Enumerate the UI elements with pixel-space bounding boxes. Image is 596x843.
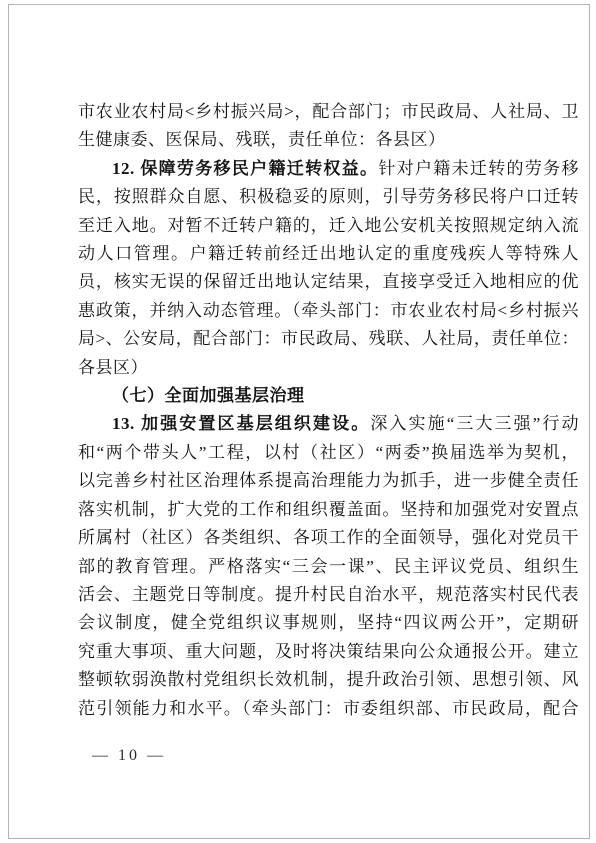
text-line: 部的教育管理。严格落实“三会一课”、民主评议党员、组织生 <box>78 553 579 581</box>
text-line: 整顿软弱涣散村党组织长效机制，提升政治引领、思想引领、风 <box>78 666 579 694</box>
text-line: 所属村（社区）各类组织、各项工作的全面领导，强化对党员干 <box>78 524 579 552</box>
body-text: 部的教育管理。严格落实“三会一课”、民主评议党员、组织生 <box>78 557 579 576</box>
bold-text: 12. 保障劳务移民户籍迁转权益。 <box>112 159 378 178</box>
body-text: 至迁入地。对暂不迁转户籍的，迁入地公安机关按照规定纳入流 <box>78 216 579 235</box>
text-line: 生健康委、医保局、残联，责任单位：各县区） <box>78 126 579 154</box>
text-line: 和“两个带头人”工程，以村（社区）“两委”换届选举为契机， <box>78 439 579 467</box>
document-body: 市农业农村局<乡村振兴局>，配合部门；市民政局、人社局、卫生健康委、医保局、残联… <box>78 98 579 723</box>
body-text: 局>、公安局，配合部门：市民政局、残联、人社局，责任单位： <box>78 329 579 348</box>
body-text: 惠政策，并纳入动态管理。（牵头部门：市农业农村局<乡村振兴 <box>78 301 579 320</box>
text-line: 局>、公安局，配合部门：市民政局、残联、人社局，责任单位： <box>78 325 579 353</box>
page-number: — 10 — <box>92 747 166 765</box>
body-text: 以完善乡村社区治理体系提高治理能力为抓手，进一步健全责任 <box>78 471 579 490</box>
text-line: 12. 保障劳务移民户籍迁转权益。针对户籍未迁转的劳务移 <box>78 155 579 183</box>
text-line: 活会、主题党日等制度。提升村民自治水平，规范落实村民代表 <box>78 581 579 609</box>
text-line: 市农业农村局<乡村振兴局>，配合部门；市民政局、人社局、卫 <box>78 98 579 126</box>
body-text: 活会、主题党日等制度。提升村民自治水平，规范落实村民代表 <box>78 585 579 604</box>
text-line: 惠政策，并纳入动态管理。（牵头部门：市农业农村局<乡村振兴 <box>78 297 579 325</box>
body-text: 整顿软弱涣散村党组织长效机制，提升政治引领、思想引领、风 <box>78 670 579 689</box>
document-page: 市农业农村局<乡村振兴局>，配合部门；市民政局、人社局、卫生健康委、医保局、残联… <box>8 4 590 839</box>
text-line: 以完善乡村社区治理体系提高治理能力为抓手，进一步健全责任 <box>78 467 579 495</box>
text-line: 落实机制，扩大党的工作和组织覆盖面。坚持和加强党对安置点 <box>78 496 579 524</box>
text-line: 至迁入地。对暂不迁转户籍的，迁入地公安机关按照规定纳入流 <box>78 212 579 240</box>
body-text: 各县区） <box>78 358 148 377</box>
body-text: 深入实施“三大三强”行动 <box>370 414 579 433</box>
body-text: 针对户籍未迁转的劳务移 <box>378 159 579 178</box>
text-line: 民，按照群众自愿、积极稳妥的原则，引导劳务移民将户口迁转 <box>78 183 579 211</box>
body-text: 民，按照群众自愿、积极稳妥的原则，引导劳务移民将户口迁转 <box>78 187 579 206</box>
body-text: 动人口管理。户籍迁转前经迁出地认定的重度残疾人等特殊人 <box>78 244 579 263</box>
body-text: 市农业农村局<乡村振兴局>，配合部门；市民政局、人社局、卫 <box>78 102 579 121</box>
bold-text: 13. 加强安置区基层组织建设。 <box>112 414 370 433</box>
body-text: 生健康委、医保局、残联，责任单位：各县区） <box>78 130 446 149</box>
bold-text: （七）全面加强基层治理 <box>112 386 305 405</box>
body-text: 会议制度，健全党组织议事规则，坚持“四议两公开”，定期研 <box>78 613 579 632</box>
text-line: 各县区） <box>78 354 579 382</box>
text-line: 究重大事项、重大问题，及时将决策结果向公众通报公开。建立 <box>78 638 579 666</box>
body-text: 所属村（社区）各类组织、各项工作的全面领导，强化对党员干 <box>78 528 579 547</box>
body-text: 员，核实无误的保留迁出地认定结果，直接享受迁入地相应的优 <box>78 272 579 291</box>
text-line: 员，核实无误的保留迁出地认定结果，直接享受迁入地相应的优 <box>78 268 579 296</box>
text-line: 13. 加强安置区基层组织建设。深入实施“三大三强”行动 <box>78 410 579 438</box>
body-text: 范引领能力和水平。（牵头部门：市委组织部、市民政局，配合 <box>78 699 579 718</box>
body-text: 究重大事项、重大问题，及时将决策结果向公众通报公开。建立 <box>78 642 579 661</box>
text-line: 动人口管理。户籍迁转前经迁出地认定的重度残疾人等特殊人 <box>78 240 579 268</box>
text-line: 范引领能力和水平。（牵头部门：市委组织部、市民政局，配合 <box>78 695 579 723</box>
body-text: 和“两个带头人”工程，以村（社区）“两委”换届选举为契机， <box>78 443 579 462</box>
section-heading: （七）全面加强基层治理 <box>78 382 579 410</box>
text-line: 会议制度，健全党组织议事规则，坚持“四议两公开”，定期研 <box>78 609 579 637</box>
body-text: 落实机制，扩大党的工作和组织覆盖面。坚持和加强党对安置点 <box>78 500 579 519</box>
